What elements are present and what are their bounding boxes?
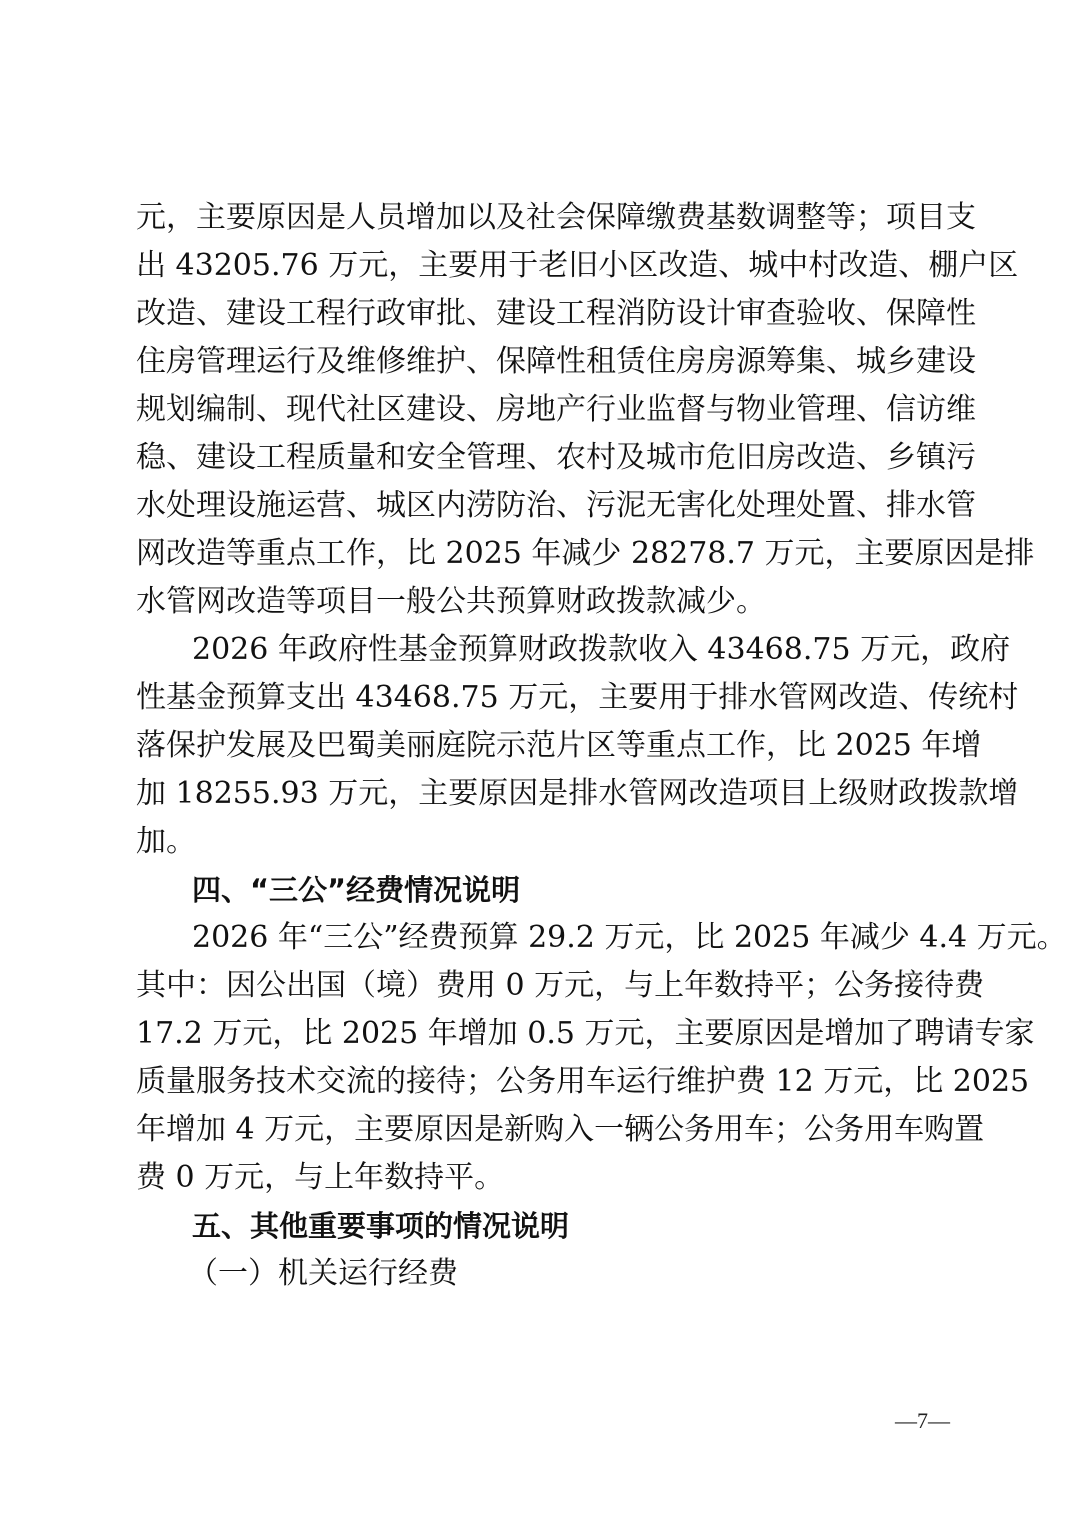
section-heading-other-matters: 五、其他重要事项的情况说明 <box>136 1202 940 1250</box>
text-line: 质量服务技术交流的接待；公务用车运行维护费 12 万元，比 2025 <box>136 1058 940 1106</box>
section-heading-three-public-expenses: 四、“三公”经费情况说明 <box>136 866 940 914</box>
text-line: 性基金预算支出 43468.75 万元，主要用于排水管网改造、传统村 <box>136 674 940 722</box>
text-line: 2026 年“三公”经费预算 29.2 万元，比 2025 年减少 4.4 万元… <box>136 914 940 962</box>
text-line: 网改造等重点工作，比 2025 年减少 28278.7 万元，主要原因是排 <box>136 530 940 578</box>
paragraph-three-public-expenses: 2026 年“三公”经费预算 29.2 万元，比 2025 年减少 4.4 万元… <box>136 914 940 1202</box>
document-body: 元，主要原因是人员增加以及社会保障缴费基数调整等；项目支 出 43205.76 … <box>136 194 940 1298</box>
text-line: 年增加 4 万元，主要原因是新购入一辆公务用车；公务用车购置 <box>136 1106 940 1154</box>
paragraph-government-fund: 2026 年政府性基金预算财政拨款收入 43468.75 万元，政府 性基金预算… <box>136 626 940 866</box>
text-line: 改造、建设工程行政审批、建设工程消防设计审查验收、保障性 <box>136 290 940 338</box>
text-line: 出 43205.76 万元，主要用于老旧小区改造、城中村改造、棚户区 <box>136 242 940 290</box>
text-line: 其中：因公出国（境）费用 0 万元，与上年数持平；公务接待费 <box>136 962 940 1010</box>
text-line: 水处理设施运营、城区内涝防治、污泥无害化处理处置、排水管 <box>136 482 940 530</box>
text-line: 加 18255.93 万元，主要原因是排水管网改造项目上级财政拨款增 <box>136 770 940 818</box>
text-line: 元，主要原因是人员增加以及社会保障缴费基数调整等；项目支 <box>136 194 940 242</box>
page-number: —7— <box>895 1408 950 1434</box>
document-page: 元，主要原因是人员增加以及社会保障缴费基数调整等；项目支 出 43205.76 … <box>0 0 1074 1520</box>
text-line: 17.2 万元，比 2025 年增加 0.5 万元，主要原因是增加了聘请专家 <box>136 1010 940 1058</box>
text-line: 加。 <box>136 818 940 866</box>
text-line: 2026 年政府性基金预算财政拨款收入 43468.75 万元，政府 <box>136 626 940 674</box>
text-line: 稳、建设工程质量和安全管理、农村及城市危旧房改造、乡镇污 <box>136 434 940 482</box>
text-line: 规划编制、现代社区建设、房地产行业监督与物业管理、信访维 <box>136 386 940 434</box>
subsection-heading-operating-expenses: （一）机关运行经费 <box>136 1250 940 1298</box>
text-line: 住房管理运行及维修维护、保障性租赁住房房源筹集、城乡建设 <box>136 338 940 386</box>
paragraph-project-expenditure: 元，主要原因是人员增加以及社会保障缴费基数调整等；项目支 出 43205.76 … <box>136 194 940 626</box>
text-line: 费 0 万元，与上年数持平。 <box>136 1154 940 1202</box>
text-line: 落保护发展及巴蜀美丽庭院示范片区等重点工作，比 2025 年增 <box>136 722 940 770</box>
text-line: 水管网改造等项目一般公共预算财政拨款减少。 <box>136 578 940 626</box>
